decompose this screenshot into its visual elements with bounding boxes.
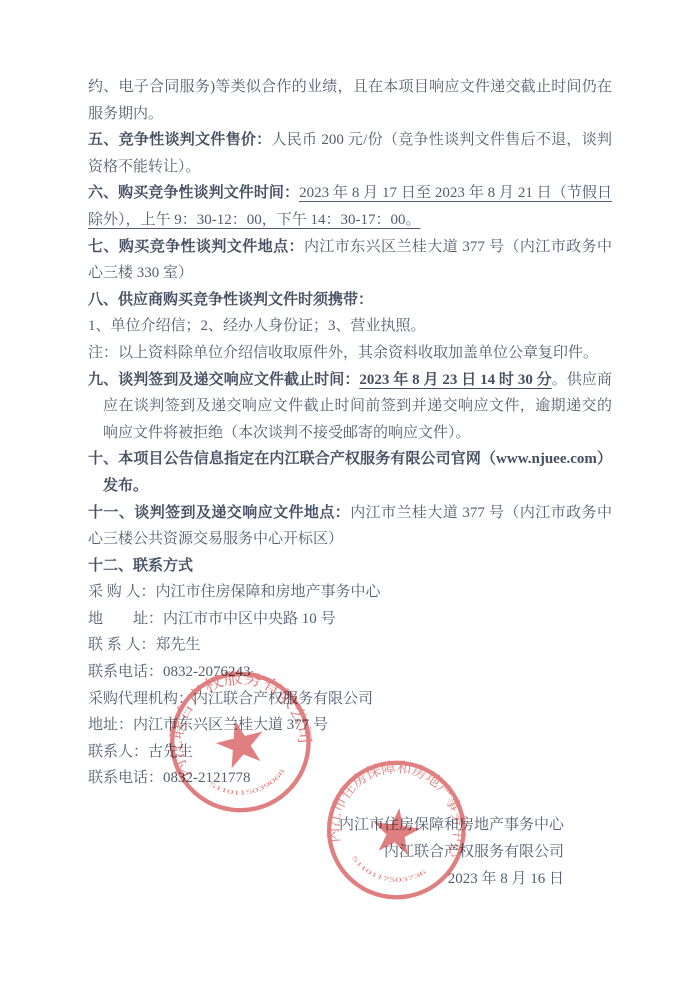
section-12: 十二、联系方式 (88, 553, 612, 580)
section-6: 六、购买竞争性谈判文件时间：2023 年 8 月 17 日至 2023 年 8 … (88, 180, 612, 233)
section-12-heading: 十二、联系方式 (88, 558, 193, 574)
contact-buyer-address: 地 址：内江市市中区中央路 10 号 (88, 606, 612, 633)
section-11: 十一、谈判签到及递交响应文件地点：内江市兰桂大道 377 号（内江市政务中心三楼… (88, 500, 612, 553)
document-page: 约、电子合同服务)等类似合作的业绩，且在本项目响应文件递交截止时间仍在服务期内。… (0, 0, 700, 990)
section-8-heading: 八、供应商购买竞争性谈判文件时须携带： (88, 292, 373, 308)
star-icon (212, 715, 270, 771)
intro-paragraph: 约、电子合同服务)等类似合作的业绩，且在本项目响应文件递交截止时间仍在服务期内。 (88, 74, 612, 127)
section-8: 八、供应商购买竞争性谈判文件时须携带： (88, 287, 612, 314)
contact-buyer-name: 采 购 人：内江市住房保障和房地产事务中心 (88, 579, 612, 606)
contact-buyer-phone: 联系电话：0832-2076243 (88, 659, 612, 686)
contact-buyer-person: 联 系 人：郑先生 (88, 632, 612, 659)
section-8-items: 1、单位介绍信；2、经办人身份证；3、营业执照。 (88, 313, 612, 340)
buyer-seal-icon: 内江市住房保障和房地产事务中心 5110117503736 (315, 749, 478, 912)
section-6-heading: 六、购买竞争性谈判文件时间： (88, 185, 299, 201)
section-11-heading: 十一、谈判签到及递交响应文件地点： (88, 505, 350, 521)
seal-serial-number: 5110117503736 (347, 854, 428, 889)
section-5-heading: 五、竞争性谈判文件售价： (88, 132, 271, 148)
star-icon (370, 805, 423, 856)
section-9-deadline-underlined: 2023 年 8 月 23 日 14 时 30 分 (359, 372, 551, 388)
section-7-heading: 七、购买竞争性谈判文件地点： (88, 239, 304, 255)
section-8-note: 注：以上资料除单位介绍信收取原件外，其余资料收取加盖单位公章复印件。 (88, 340, 612, 367)
buyer-seal-stamp: 内江市住房保障和房地产事务中心 5110117503736 (314, 749, 477, 917)
section-5: 五、竞争性谈判文件售价：人民币 200 元/份（竞争性谈判文件售后不退，谈判资格… (88, 127, 612, 180)
section-7: 七、购买竞争性谈判文件地点：内江市东兴区兰桂大道 377 号（内江市政务中心三楼… (88, 234, 612, 287)
section-10: 十、本项目公告信息指定在内江联合产权服务有限公司官网（www.njuee.com… (88, 446, 612, 499)
section-9-heading: 九、谈判签到及递交响应文件截止时间： (88, 372, 359, 388)
section-10-text: 十、本项目公告信息指定在内江联合产权服务有限公司官网（www.njuee.com… (88, 451, 612, 494)
section-9: 九、谈判签到及递交响应文件截止时间：2023 年 8 月 23 日 14 时 3… (88, 367, 612, 447)
